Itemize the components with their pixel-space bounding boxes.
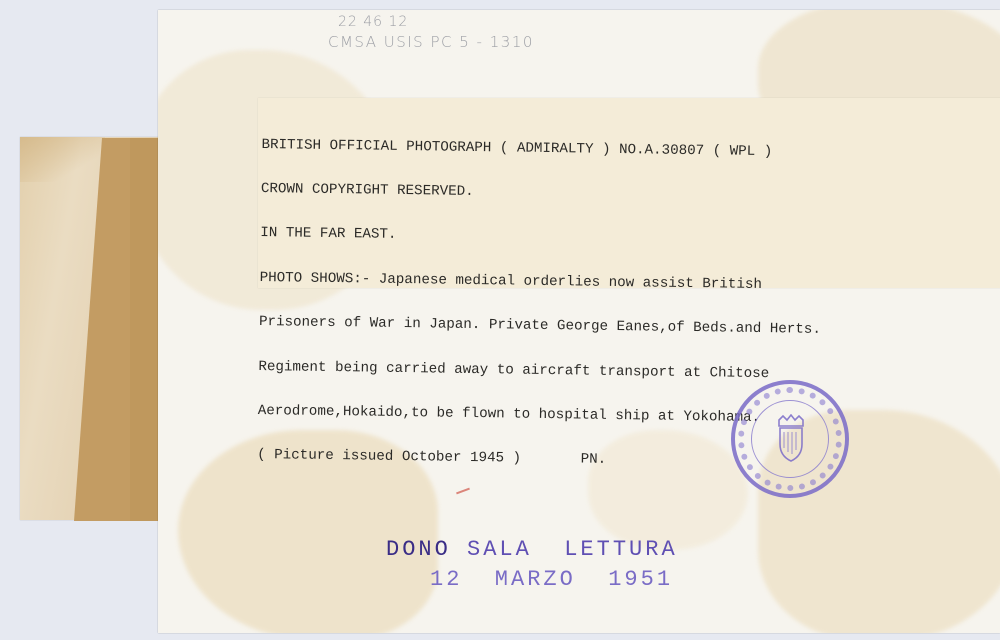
- caption-line: IN THE FAR EAST.: [260, 226, 1000, 252]
- caption-line: BRITISH OFFICIAL PHOTOGRAPH ( ADMIRALTY …: [261, 138, 1000, 164]
- caption-line: Prisoners of War in Japan. Private Georg…: [259, 315, 1000, 341]
- pencil-annotation-reference: CMSA USIS PC 5 - 1310: [328, 33, 534, 51]
- caption-line: CROWN COPYRIGHT RESERVED.: [261, 182, 1000, 208]
- caption-line: ( Picture issued October 1945 ) PN.: [257, 448, 1000, 474]
- stamp-word-dono: DONO: [386, 537, 451, 562]
- caption-line: PHOTO SHOWS:- Japanese medical orderlies…: [260, 271, 1000, 297]
- caption-text-block: BRITISH OFFICIAL PHOTOGRAPH ( ADMIRALTY …: [257, 108, 1000, 504]
- stamp-words-sala-lettura: SALA LETTURA: [451, 537, 678, 562]
- pencil-annotation-number: 22 46 12: [338, 14, 408, 30]
- donation-stamp-date: 12 MARZO 1951: [430, 567, 673, 592]
- caption-line: Aerodrome,Hokaido,to be flown to hospita…: [258, 404, 1000, 430]
- library-seal-stamp: [731, 380, 849, 498]
- donation-stamp-line1: DONO SALA LETTURA: [386, 537, 678, 562]
- caption-line: Regiment being carried away to aircraft …: [258, 360, 1000, 386]
- photo-back-sheet: 22 46 12 CMSA USIS PC 5 - 1310 BRITISH O…: [158, 10, 1000, 633]
- crest-shield-icon: [775, 414, 807, 462]
